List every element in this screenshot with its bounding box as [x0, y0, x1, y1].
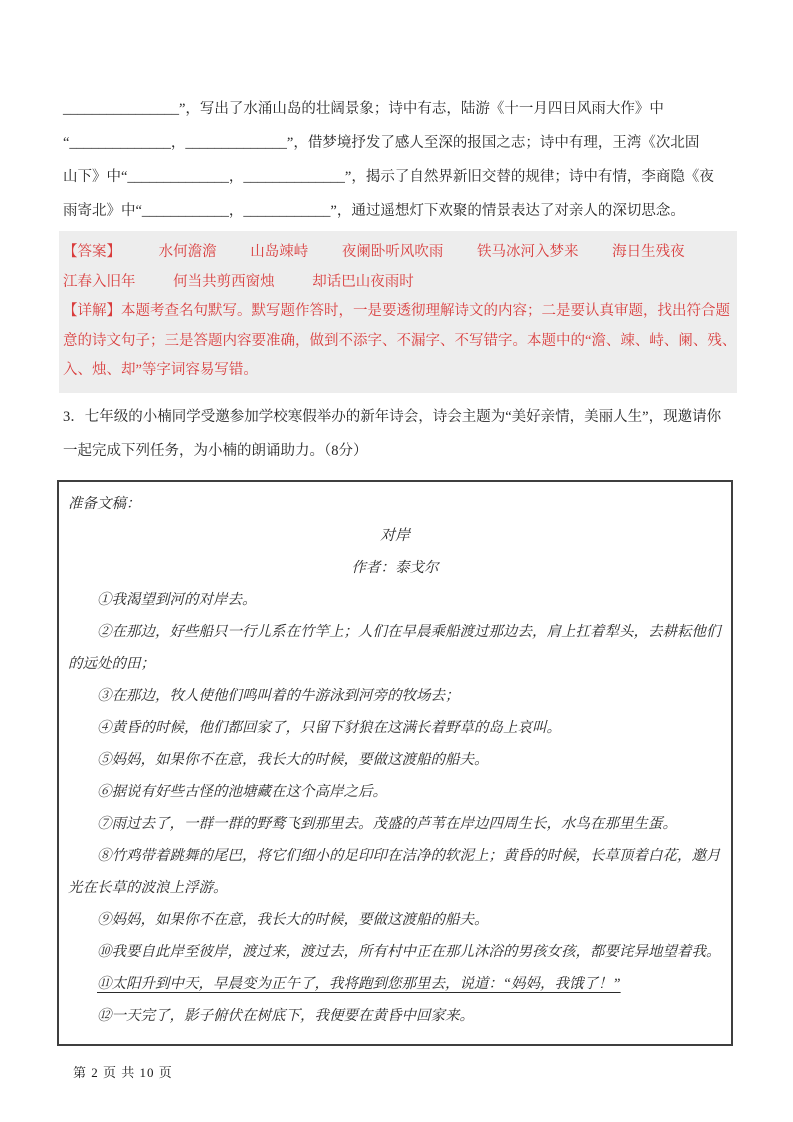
- page-content: ________________”，写出了水涌山岛的壮阔景象；诗中有志，陆游《十…: [63, 92, 731, 1046]
- page-footer: 第 2 页 共 10 页: [73, 1062, 173, 1081]
- question3-line: 一起完成下列任务，为小楠的朗诵助力。（8分）: [63, 434, 731, 468]
- answer-item: 海日生残夜: [612, 244, 685, 260]
- answer-explanation-block: 【答案】 水何澹澹 山岛竦峙 夜阑卧听风吹雨 铁马冰河入梦来 海日生残夜 江春入…: [59, 231, 737, 393]
- poem-paragraph-underlined: ⑪太阳升到中天，早晨变为正午了，我将跑到您那里去，说道：“妈妈，我饿了！”: [68, 968, 722, 1000]
- detail-line: 【详解】本题考查名句默写。默写题作答时，一是要透彻理解诗文的内容；二是要认真审题…: [63, 297, 731, 327]
- answer-line: 江春入旧年 何当共剪西窗烛 却话巴山夜雨时: [63, 268, 731, 298]
- exam-page: ________________”，写出了水涌山岛的壮阔景象；诗中有志，陆游《十…: [0, 0, 793, 1122]
- question2-line: 雨寄北》中“____________，____________”，通过遥想灯下欢…: [63, 194, 731, 228]
- answer-item: 何当共剪西窗烛: [173, 274, 275, 290]
- poem-paragraph: ⑦雨过去了，一群一群的野鹜飞到那里去。茂盛的芦苇在岸边四周生长，水鸟在那里生蛋。: [68, 808, 722, 840]
- answer-item: 却话巴山夜雨时: [312, 274, 414, 290]
- detail-line: 意的诗文句子；三是答题内容要准确，做到不添字、不漏字、不写错字。本题中的“澹、竦…: [63, 327, 731, 357]
- poem-heading: 准备文稿：: [68, 488, 722, 520]
- answer-line: 【答案】 水何澹澹 山岛竦峙 夜阑卧听风吹雨 铁马冰河入梦来 海日生残夜: [63, 238, 731, 268]
- question2-line: “______________，______________”，借梦境抒发了感人…: [63, 126, 731, 160]
- question3-line: 3．七年级的小楠同学受邀参加学校寒假举办的新年诗会，诗会主题为“美好亲情，美丽人…: [63, 400, 731, 434]
- poem-paragraph: ②在那边，好些船只一行儿系在竹竿上；人们在早晨乘船渡过那边去，肩上扛着犁头，去耕…: [68, 616, 722, 680]
- poem-paragraph: ③在那边，牧人使他们鸣叫着的牛游泳到河旁的牧场去；: [68, 680, 722, 712]
- poem-paragraph: ⑨妈妈，如果你不在意，我长大的时候，要做这渡船的船夫。: [68, 904, 722, 936]
- poem-paragraph: ④黄昏的时候，他们都回家了，只留下豺狼在这满长着野草的岛上哀叫。: [68, 712, 722, 744]
- answer-item: 铁马冰河入梦来: [477, 244, 579, 260]
- poem-paragraph: ⑥据说有好些古怪的池塘藏在这个高岸之后。: [68, 776, 722, 808]
- question2-line: 山下》中“______________，______________”，揭示了自…: [63, 160, 731, 194]
- poem-title: 对岸: [68, 520, 722, 552]
- answer-item: 江春入旧年: [63, 274, 136, 290]
- poem-paragraph: ⑤妈妈，如果你不在意，我长大的时候，要做这渡船的船夫。: [68, 744, 722, 776]
- poem-paragraph: ⑫一天完了，影子俯伏在树底下，我便要在黄昏中回家来。: [68, 1000, 722, 1032]
- answer-item: 水何澹澹: [159, 244, 217, 260]
- question2-line: ________________”，写出了水涌山岛的壮阔景象；诗中有志，陆游《十…: [63, 92, 731, 126]
- answer-item: 山岛竦峙: [250, 244, 308, 260]
- poem-author: 作者：泰戈尔: [68, 552, 722, 584]
- poem-box: 准备文稿： 对岸 作者：泰戈尔 ①我渴望到河的对岸去。 ②在那边，好些船只一行儿…: [57, 480, 733, 1046]
- detail-line: 入、烛、却”等字词容易写错。: [63, 356, 731, 386]
- poem-paragraph: ⑩我要自此岸至彼岸，渡过来，渡过去，所有村中正在那儿沐浴的男孩女孩，都要诧异地望…: [68, 936, 722, 968]
- poem-paragraph: ⑧竹鸡带着跳舞的尾巴，将它们细小的足印印在洁净的软泥上；黄昏的时候，长草顶着白花…: [68, 840, 722, 904]
- question2-section: ________________”，写出了水涌山岛的壮阔景象；诗中有志，陆游《十…: [63, 92, 731, 228]
- answer-item: 夜阑卧听风吹雨: [342, 244, 444, 260]
- poem-paragraph: ①我渴望到河的对岸去。: [68, 584, 722, 616]
- answer-label: 【答案】: [63, 244, 121, 260]
- question3-section: 3．七年级的小楠同学受邀参加学校寒假举办的新年诗会，诗会主题为“美好亲情，美丽人…: [63, 400, 731, 468]
